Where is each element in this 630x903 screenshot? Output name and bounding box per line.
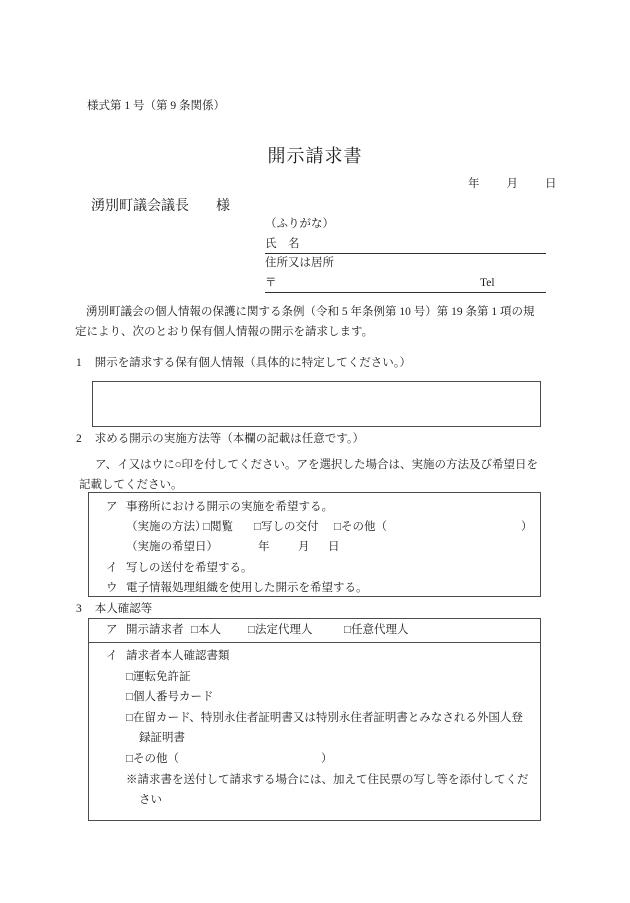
requester-row-label: ア xyxy=(106,619,118,642)
mail-note-line-2: さい xyxy=(89,790,540,811)
section1-number: 1 xyxy=(76,357,82,369)
checkbox-my-number-card[interactable]: □個人番号カード xyxy=(89,687,540,708)
desired-year-label: 年 xyxy=(258,537,270,557)
section3-heading: 3本人確認等 xyxy=(76,604,152,616)
section3-title: 本人確認等 xyxy=(95,603,153,615)
applicant-block: （ふりがな） 氏 名 住所又は居所 〒 Tel xyxy=(265,215,546,293)
intro-line-2: 定により、次のとおり保有個人情報の開示を請求します。 xyxy=(75,323,555,343)
requester-type-row: ア 開示請求者 □本人 □法定代理人 □任意代理人 xyxy=(89,619,540,643)
section3-identity-box: ア 開示請求者 □本人 □法定代理人 □任意代理人 イ 請求者本人確認書類 □運… xyxy=(88,618,541,821)
documents-row-title: 請求者本人確認書類 xyxy=(126,646,230,667)
section2-options-box: ア 事務所における開示の実施を希望する。 （実施の方法） □閲覧 □写しの交付 … xyxy=(88,492,541,597)
tel-label: Tel xyxy=(480,274,495,294)
section1-entry-box[interactable] xyxy=(92,381,541,427)
option-u-text: 電子情報処理組織を使用した開示を希望する。 xyxy=(126,578,368,598)
other-document-close-paren: ） xyxy=(321,749,333,770)
option-u-row: ウ 電子情報処理組織を使用した開示を希望する。 xyxy=(89,578,540,598)
intro-line-1: 湧別町議会の個人情報の保護に関する条例（令和 5 年条例第 10 号）第 19 … xyxy=(75,303,555,323)
checkbox-other-document-row: □その他（ ） xyxy=(89,749,540,770)
section3-number: 3 xyxy=(76,603,82,615)
mail-note-line-1: ※請求書を送付して請求する場合には、加えて住民票の写し等を添付してくだ xyxy=(89,770,540,791)
method-row: （実施の方法） □閲覧 □写しの交付 □その他（ ） xyxy=(89,517,540,537)
option-i-label: イ xyxy=(106,558,118,578)
option-a-text: 事務所における開示の実施を希望する。 xyxy=(126,497,333,517)
residence-card-line-2: 録証明書 xyxy=(89,728,540,749)
name-label: 氏 名 xyxy=(265,238,300,250)
date-month-label: 月 xyxy=(507,178,519,190)
addressee-honorific: 様 xyxy=(216,199,230,214)
checkbox-other-document[interactable]: □その他（ xyxy=(126,749,179,770)
option-a-label: ア xyxy=(106,497,118,517)
documents-row-heading: イ 請求者本人確認書類 xyxy=(89,646,540,667)
method-label: （実施の方法） xyxy=(126,517,207,537)
checkbox-view[interactable]: □閲覧 xyxy=(203,517,233,537)
furigana-label: （ふりがな） xyxy=(265,215,546,235)
date-year-label: 年 xyxy=(468,178,480,190)
requester-row-title: 開示請求者 xyxy=(126,619,184,642)
address-label: 住所又は居所 xyxy=(265,254,546,274)
date-line: 年月日 xyxy=(468,179,557,191)
section2-number: 2 xyxy=(76,433,82,445)
addressee-line: 湧別町議会議長様 xyxy=(91,200,230,214)
section1-title: 開示を請求する保有個人情報（具体的に特定してください。） xyxy=(95,357,411,369)
documents-row-label: イ xyxy=(106,646,118,667)
disclosure-request-form-page: 様式第 1 号（第 9 条関係） 開示請求書 年月日 湧別町議会議長様 （ふりが… xyxy=(0,0,630,903)
section2-note: ア、イ又はウに○印を付してください。アを選択した場合は、実施の方法及び希望日を … xyxy=(79,455,559,495)
option-i-row: イ 写しの送付を希望する。 xyxy=(89,558,540,578)
checkbox-residence-card-line-1[interactable]: □在留カード、特別永住者証明書又は特別永住者証明書とみなされる外国人登 xyxy=(89,708,540,729)
section1-heading: 1開示を請求する保有個人情報（具体的に特定してください。） xyxy=(76,358,411,370)
section2-title: 求める開示の実施方法等（本欄の記載は任意です。） xyxy=(95,433,364,445)
checkbox-legal-representative[interactable]: □法定代理人 xyxy=(248,619,312,642)
postal-tel-field[interactable]: 〒 Tel xyxy=(265,274,546,294)
checkbox-copy-delivery[interactable]: □写しの交付 xyxy=(254,517,318,537)
desired-month-label: 月 xyxy=(298,537,310,557)
page-title: 開示請求書 xyxy=(0,147,630,165)
checkbox-self[interactable]: □本人 xyxy=(191,619,221,642)
checkbox-method-other[interactable]: □その他（ xyxy=(334,517,387,537)
form-number: 様式第 1 号（第 9 条関係） xyxy=(87,101,225,113)
option-u-label: ウ xyxy=(106,578,118,598)
desired-date-label: （実施の希望日） xyxy=(126,537,218,557)
postal-mark: 〒 xyxy=(265,277,277,289)
section2-heading: 2求める開示の実施方法等（本欄の記載は任意です。） xyxy=(76,434,364,446)
method-other-close-paren: ） xyxy=(521,517,533,537)
date-day-label: 日 xyxy=(545,178,557,190)
identity-documents-section: イ 請求者本人確認書類 □運転免許証 □個人番号カード □在留カード、特別永住者… xyxy=(89,643,540,811)
option-i-text: 写しの送付を希望する。 xyxy=(126,558,253,578)
section2-note-line-1: ア、イ又はウに○印を付してください。アを選択した場合は、実施の方法及び希望日を xyxy=(79,455,559,475)
option-a-row: ア 事務所における開示の実施を希望する。 xyxy=(89,497,540,517)
addressee-name: 湧別町議会議長 xyxy=(91,199,189,214)
desired-day-label: 日 xyxy=(328,537,340,557)
checkbox-drivers-license[interactable]: □運転免許証 xyxy=(89,667,540,688)
desired-date-row: （実施の希望日） 年 月 日 xyxy=(89,537,540,557)
checkbox-voluntary-representative[interactable]: □任意代理人 xyxy=(344,619,408,642)
name-field[interactable]: 氏 名 xyxy=(265,235,546,255)
intro-paragraph: 湧別町議会の個人情報の保護に関する条例（令和 5 年条例第 10 号）第 19 … xyxy=(75,303,555,342)
